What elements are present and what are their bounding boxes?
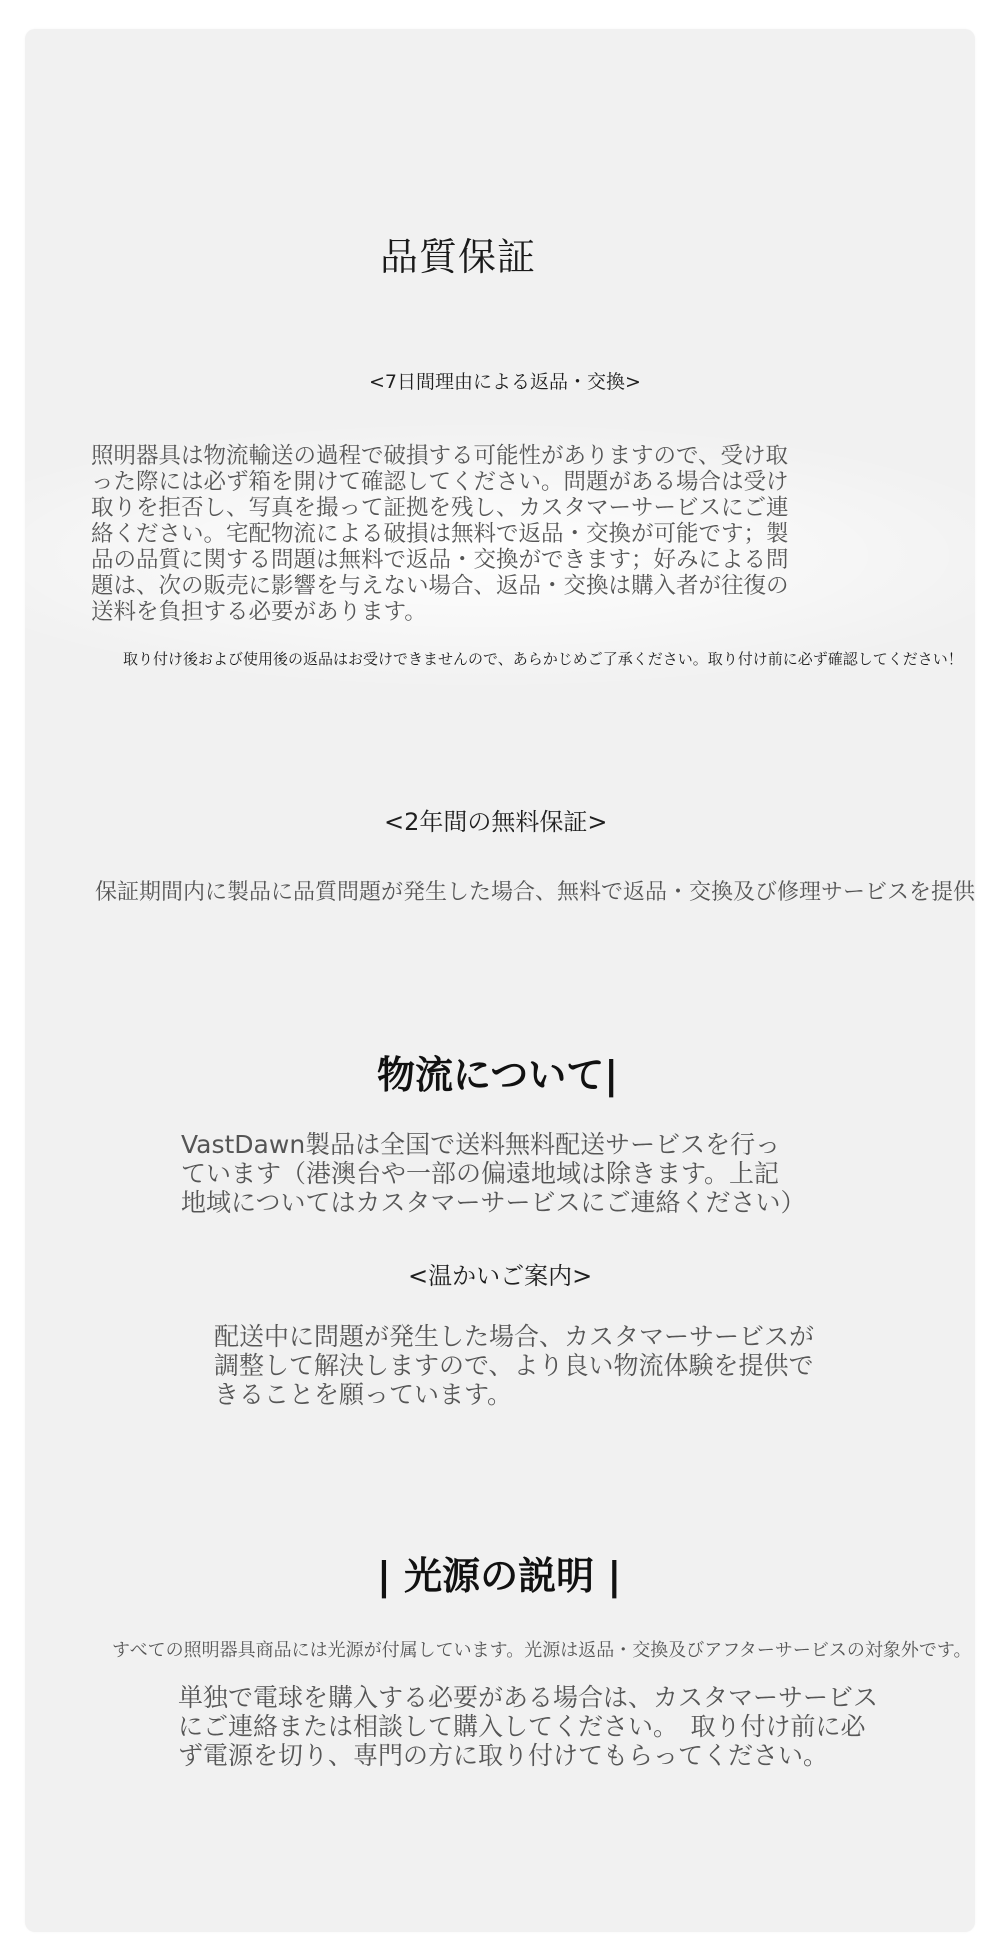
logistics-title: 物流について| <box>377 1044 618 1099</box>
return-heading: <7日間理由による返品・交換> <box>369 367 641 394</box>
light-source-intro: すべての照明器具商品には光源が付属しています。光源は返品・交換及びアフターサービ… <box>112 1636 972 1662</box>
return-paragraph: 照明器具は物流輸送の過程で破損する可能性がありますので、受け取った際には必ず箱を… <box>91 443 807 625</box>
light-source-title: | 光源の説明 | <box>377 1545 621 1600</box>
quality-title: 品質保証 <box>380 226 536 281</box>
warranty-paragraph: 保証期間内に製品に品質問題が発生した場合、無料で返品・交換及び修理サービスを提供 <box>95 875 975 906</box>
tips-paragraph: 配送中に問題が発生した場合、カスタマーサービスが調整して解決しますので、より良い… <box>214 1322 814 1409</box>
light-source-paragraph: 単独で電球を購入する必要がある場合は、カスタマーサービスにご連絡または相談して購… <box>178 1683 878 1770</box>
return-notice: 取り付け後および使用後の返品はお受けできませんので、あらかじめご了承ください。取… <box>123 648 963 669</box>
warranty-heading: <2年間の無料保証> <box>384 802 608 837</box>
tips-heading: <温かいご案内> <box>408 1256 592 1291</box>
logistics-paragraph: VastDawn製品は全国で送料無料配送サービスを行っています（港澳台や一部の偏… <box>181 1130 801 1217</box>
